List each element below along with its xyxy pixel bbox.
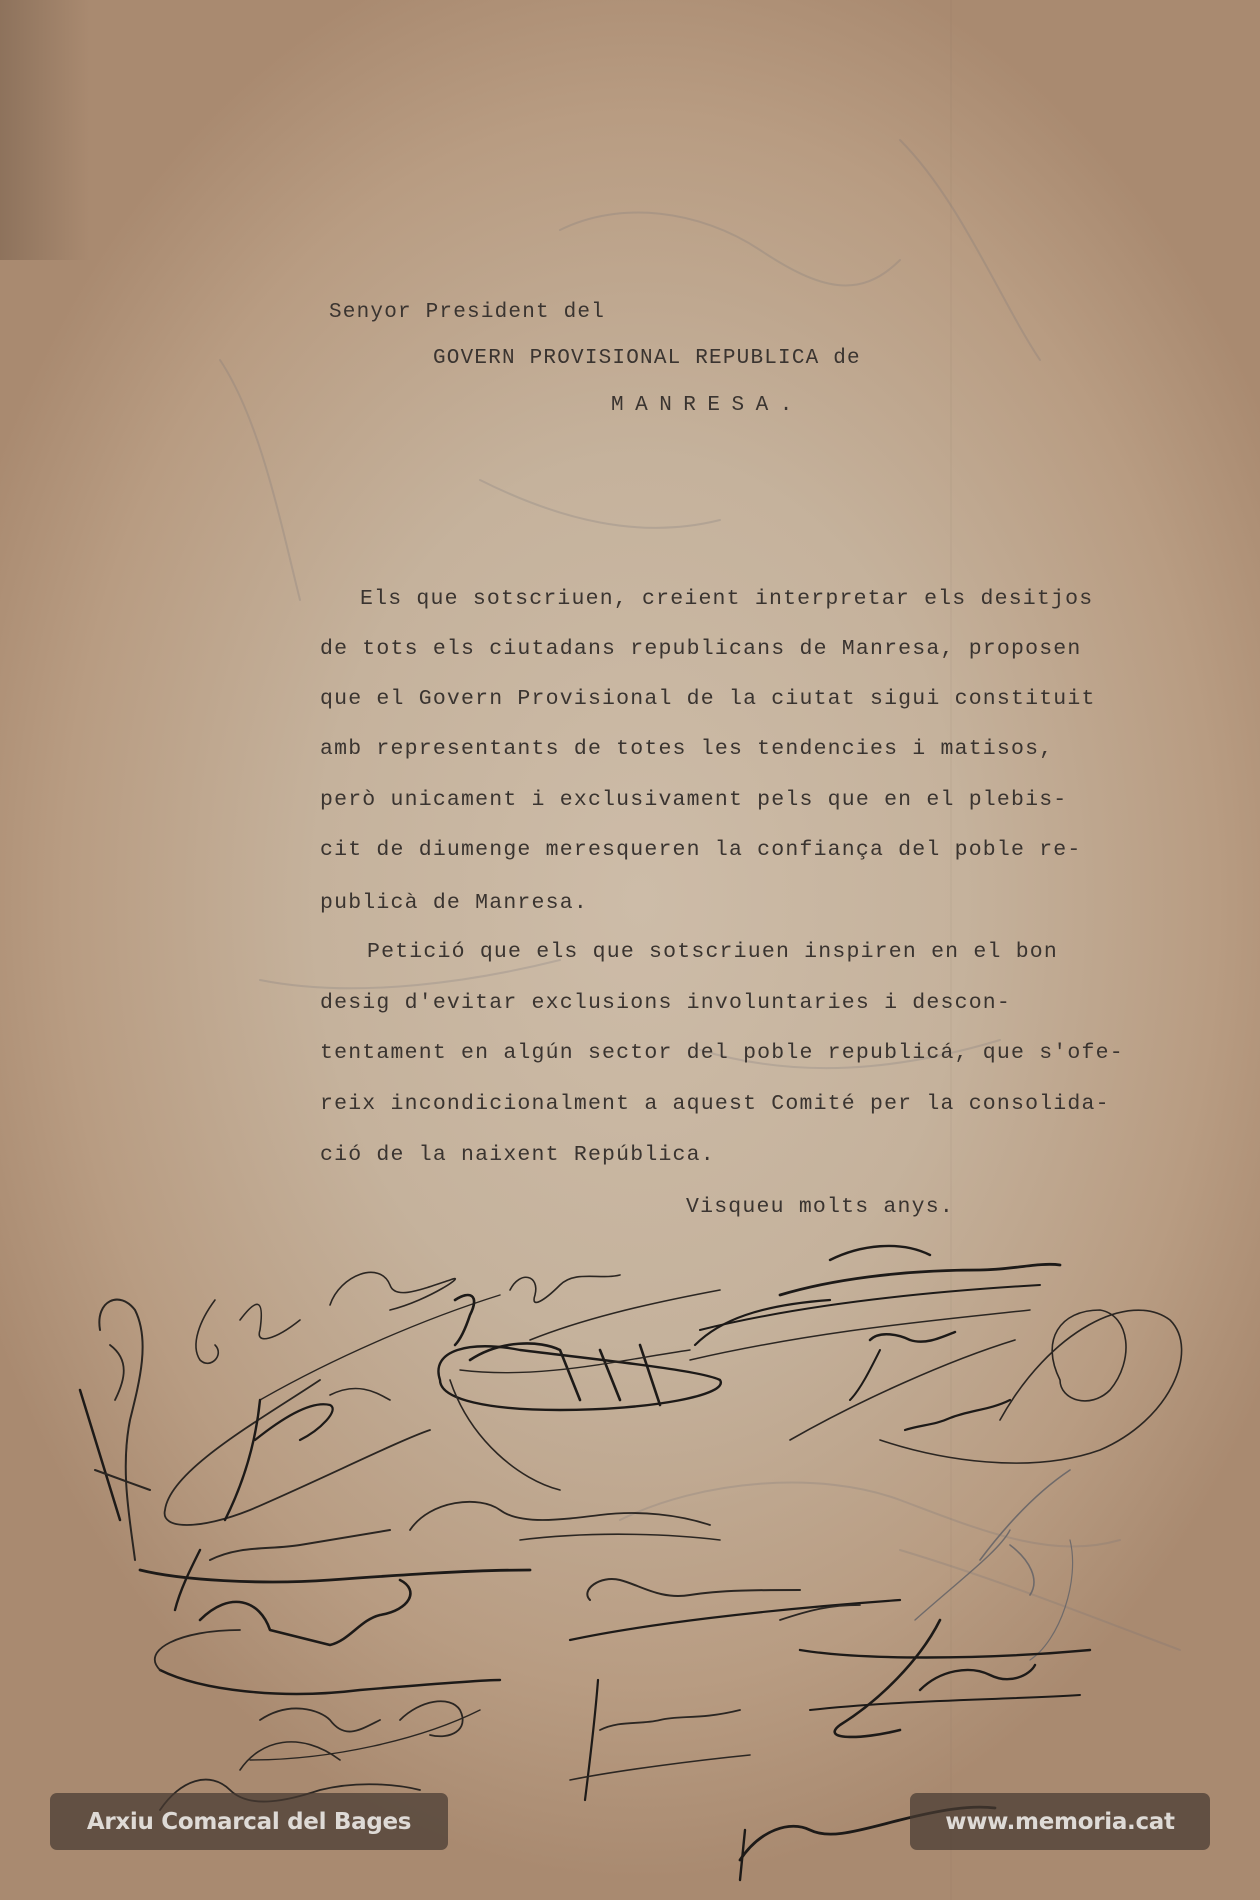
signature-joan-comas: [570, 1680, 750, 1800]
signature-large-loop: [438, 1343, 720, 1490]
signature-bord: [140, 1570, 530, 1694]
signature-chueca: [570, 1579, 900, 1640]
website-watermark-badge: www.memoria.cat: [910, 1793, 1210, 1850]
signature-jose-paz: [250, 1701, 480, 1760]
signature-vertical-left: [80, 1300, 150, 1560]
signature-manuel: [880, 1310, 1182, 1463]
signature-llerte: [196, 1272, 500, 1400]
archive-watermark-badge: Arxiu Comarcal del Bages: [50, 1793, 448, 1850]
signatures-block: [0, 0, 1260, 1900]
signature-batiste: [800, 1620, 1090, 1737]
signature-giro-quadras: [455, 1275, 720, 1345]
signature-diagonal-right: [915, 1470, 1073, 1660]
signature-tapias: [165, 1380, 430, 1525]
signature-small-right: [790, 1332, 1015, 1440]
signature-moreno: [175, 1502, 720, 1610]
